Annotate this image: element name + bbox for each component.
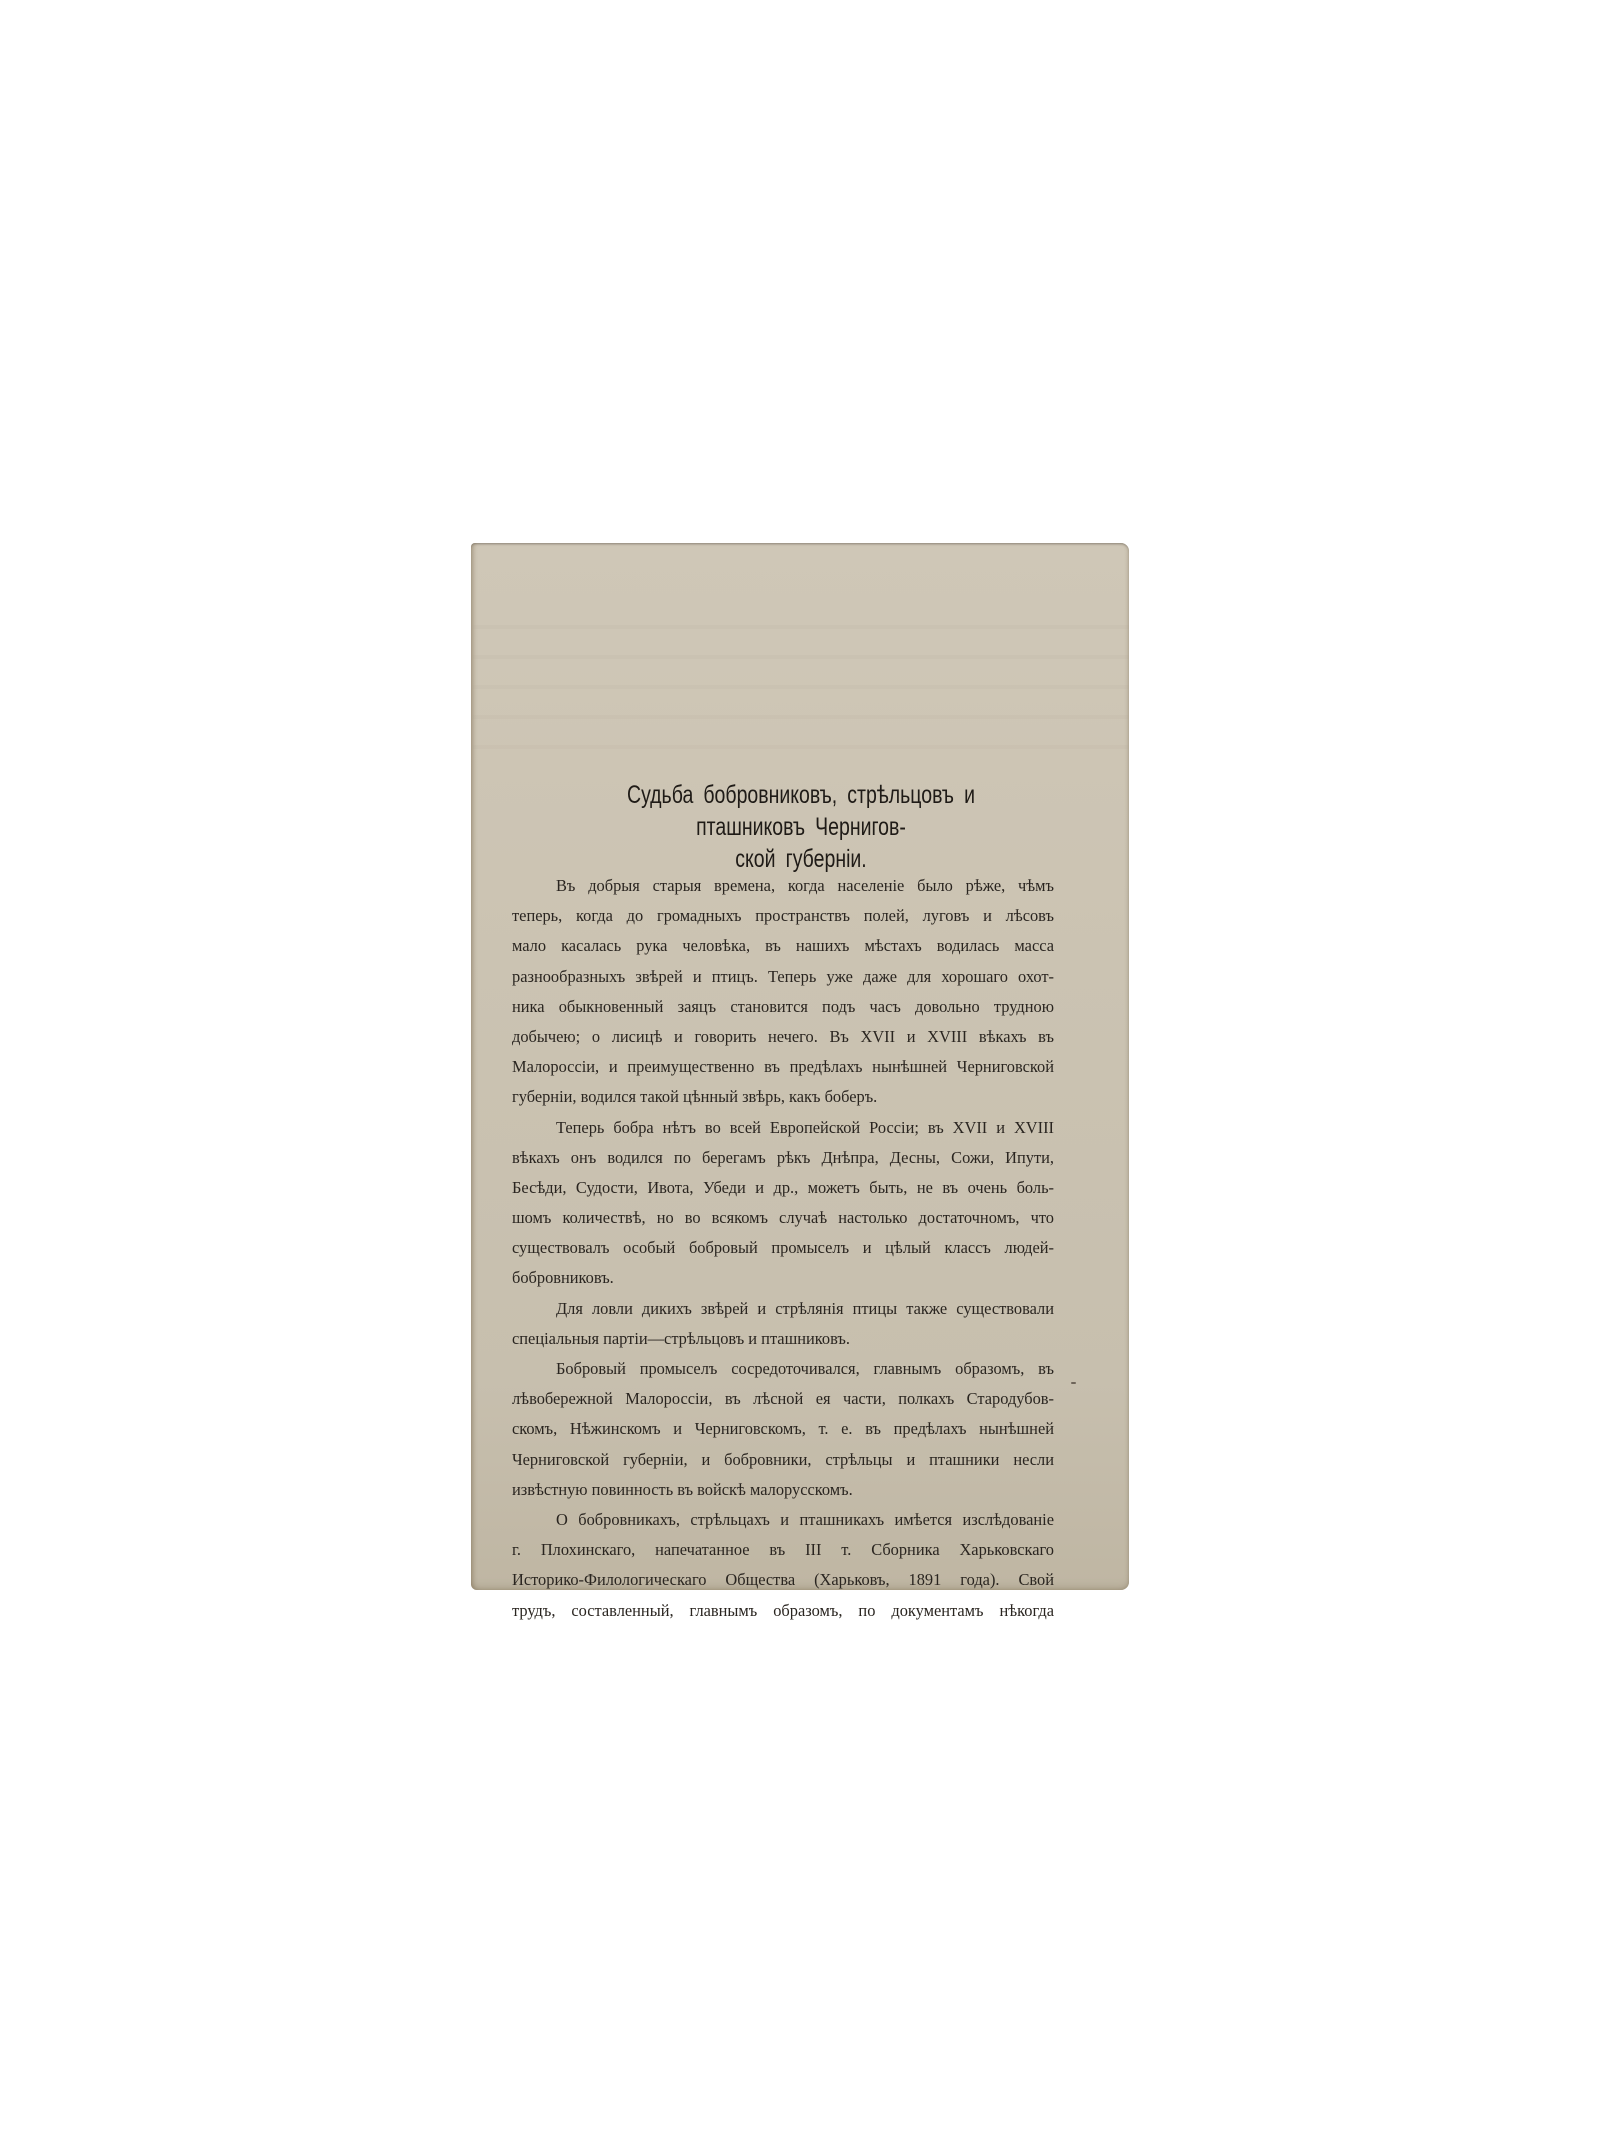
title-line-1: Судьба бобровниковъ, стрѣльцовъ и пташни…	[590, 779, 1011, 843]
body-line: существовалъ особый бобровый промыселъ и…	[512, 1233, 1054, 1263]
margin-mark	[1071, 1382, 1076, 1384]
body-line: Бобровый промыселъ сосредоточивался, гла…	[512, 1354, 1054, 1384]
body-line: ника обыкновенный заяцъ становится подъ …	[512, 992, 1054, 1022]
body-line: скомъ, Нѣжинскомъ и Черниговскомъ, т. е.…	[512, 1414, 1054, 1444]
body-line: шомъ количествѣ, но во всякомъ случаѣ на…	[512, 1203, 1054, 1233]
body-line: вѣкахъ онъ водился по берегамъ рѣкъ Днѣп…	[512, 1143, 1054, 1173]
body-line: лѣвобережной Малороссіи, въ лѣсной ея ча…	[512, 1384, 1054, 1414]
body-line: разнообразныхъ звѣрей и птицъ. Теперь уж…	[512, 962, 1054, 992]
body-line: Для ловли дикихъ звѣрей и стрѣлянія птиц…	[512, 1294, 1054, 1324]
body-line: Черниговской губерніи, и бобровники, стр…	[512, 1445, 1054, 1475]
body-line: Историко-Филологическаго Общества (Харьк…	[512, 1565, 1054, 1595]
body-line: мало касалась рука человѣка, въ нашихъ м…	[512, 931, 1054, 961]
body-line: г. Плохинскаго, напечатанное въ III т. С…	[512, 1535, 1054, 1565]
body-line: Бесѣди, Судости, Ивота, Убеди и др., мож…	[512, 1173, 1054, 1203]
body-line: губерніи, водился такой цѣнный звѣрь, ка…	[512, 1082, 1054, 1112]
body-line: извѣстную повинность въ войскѣ малорусск…	[512, 1475, 1054, 1505]
body-line: Малороссіи, и преимущественно въ предѣла…	[512, 1052, 1054, 1082]
body-line: бобровниковъ.	[512, 1263, 1054, 1293]
document-title: Судьба бобровниковъ, стрѣльцовъ и пташни…	[590, 779, 1011, 875]
body-line: теперь, когда до громадныхъ пространствъ…	[512, 901, 1054, 931]
body-line: спеціальныя партіи—стрѣльцовъ и пташнико…	[512, 1324, 1054, 1354]
body-line: трудъ, составленный, главнымъ образомъ, …	[512, 1596, 1054, 1626]
body-line: Теперь бобра нѣтъ во всей Европейской Ро…	[512, 1113, 1054, 1143]
body-line: О бобровникахъ, стрѣльцахъ и пташникахъ …	[512, 1505, 1054, 1535]
body-line: добычею; о лисицѣ и говорить нечего. Въ …	[512, 1022, 1054, 1052]
body-line: Въ добрыя старыя времена, когда населені…	[512, 871, 1054, 901]
document-page: Судьба бобровниковъ, стрѣльцовъ и пташни…	[471, 543, 1129, 1590]
document-body: Въ добрыя старыя времена, когда населені…	[512, 871, 1054, 1626]
